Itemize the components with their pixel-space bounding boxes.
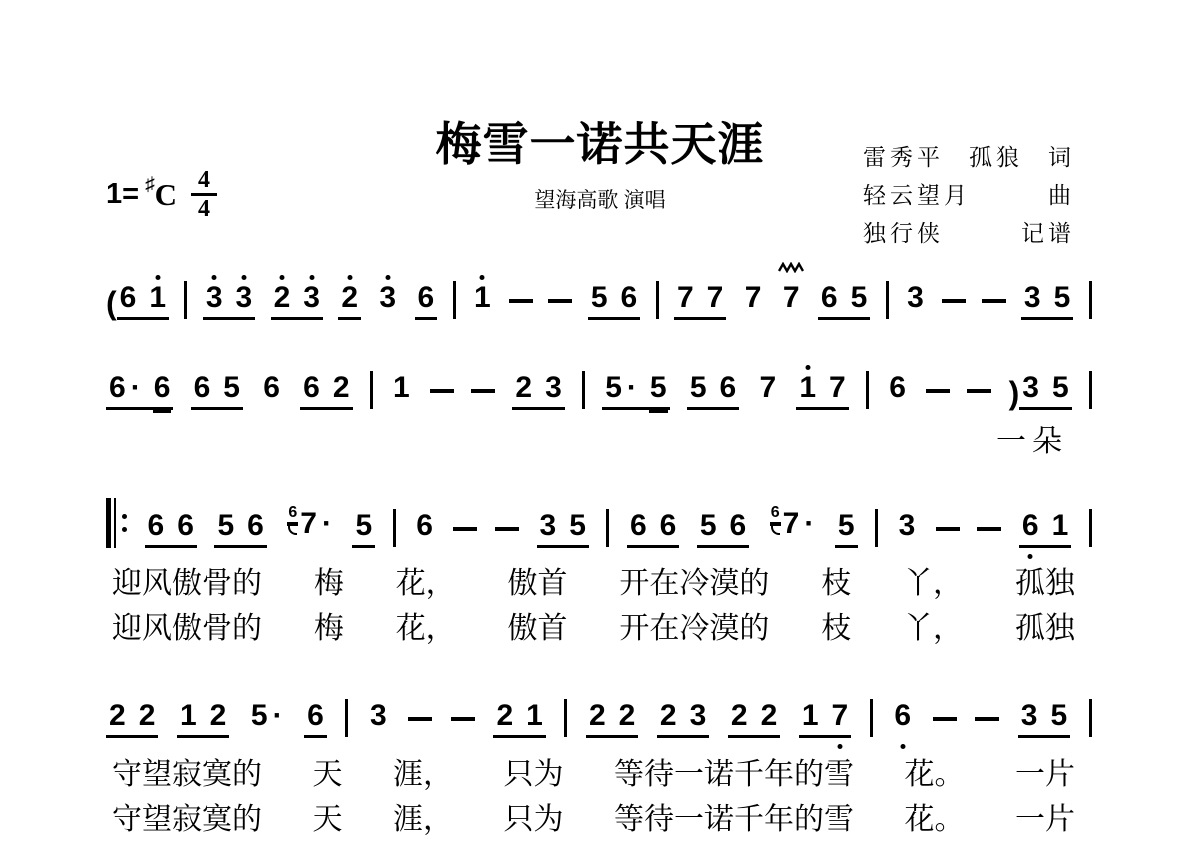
note: 2 <box>761 703 778 730</box>
note: 6 <box>821 285 838 312</box>
barline <box>1089 699 1092 737</box>
grace-note: 6 <box>287 506 298 524</box>
repeat-thick-bar <box>106 498 111 548</box>
note-number: 6 <box>720 375 737 401</box>
note: 7 <box>759 375 776 402</box>
lyric-segment: 涯， <box>393 794 453 838</box>
note: 5· <box>605 375 637 402</box>
note-group: 12 <box>177 703 229 738</box>
lyric-segment: 等待一诺千年的雪 <box>614 794 854 838</box>
note-number: 6 <box>307 703 324 729</box>
lyric-segment: 迎风傲骨的 <box>112 558 262 602</box>
note-number: 5 <box>569 513 586 539</box>
note-number-wrap: 2 <box>731 703 748 730</box>
lyric-row-verse1-b: 迎风傲骨的梅花，傲首开在冷漠的枝丫，孤独 <box>112 603 1075 647</box>
note-group: 3 <box>896 513 919 548</box>
note-group: 35 <box>1018 703 1070 738</box>
note-number: 3 <box>1022 375 1039 401</box>
octave-dot-high <box>212 275 217 280</box>
note-number-wrap: 7 <box>745 285 762 312</box>
note-number: 3 <box>545 375 562 401</box>
note-group: 56 <box>697 513 749 548</box>
note-group: 35 <box>537 513 589 548</box>
note-number-wrap: 6 <box>660 513 677 540</box>
credit-segment: 曲 <box>1048 177 1075 215</box>
note: 3 <box>1024 285 1041 312</box>
note: 3 <box>1022 375 1039 402</box>
note-group: 6·6 <box>106 375 173 410</box>
note: 5 <box>838 513 855 540</box>
note-number: 6 <box>660 513 677 539</box>
note-number-wrap: 6 <box>109 375 126 402</box>
credit-segment: 独行侠 <box>863 215 944 253</box>
note: 6 <box>889 375 906 402</box>
note-number: 2 <box>761 703 778 729</box>
barline <box>866 371 869 409</box>
note-number: 5 <box>591 285 608 311</box>
note-number-wrap: 6 <box>720 375 737 402</box>
note-number-wrap: 3 <box>370 703 387 730</box>
note-number: 3 <box>899 513 916 539</box>
note-number-wrap: 6 <box>177 513 194 540</box>
note-number-wrap: 5 <box>217 513 234 540</box>
note: 2 <box>619 703 636 730</box>
octave-dot-high <box>309 275 314 280</box>
note-number-wrap: 6 <box>894 703 911 730</box>
duration-dash <box>942 299 966 303</box>
note: 2 <box>341 285 358 312</box>
note-number: 1 <box>1052 513 1069 539</box>
note: 2 <box>210 703 227 730</box>
note: 67· <box>287 511 332 540</box>
note-group: 56 <box>687 375 739 410</box>
note-number: 6 <box>418 285 435 311</box>
sixteenth-underline <box>153 410 172 413</box>
key-prefix: 1= <box>106 178 139 211</box>
sharp-icon: ♯ <box>145 174 155 196</box>
note: 6 <box>177 513 194 540</box>
octave-dot-high <box>480 275 485 280</box>
credit-segment: 雷秀平 <box>863 139 944 177</box>
note-number: 7 <box>759 375 776 401</box>
note: 6 <box>263 375 280 402</box>
note-number: 6 <box>263 375 280 401</box>
note-group: 1 <box>471 285 494 320</box>
barline <box>564 699 567 737</box>
barline <box>606 509 609 547</box>
paren-note-cluster: )35 <box>1009 375 1072 410</box>
note-number-wrap: 6 <box>247 513 264 540</box>
octave-dot-high <box>279 275 284 280</box>
note: 6 <box>730 513 747 540</box>
sheet-music-page: 梅雪一诺共天涯 望海高歌 演唱 1= ♯ C 4 4 雷秀平孤狼词 轻云望月曲 … <box>0 0 1200 850</box>
note-group: 61 <box>1019 513 1071 548</box>
note-group: 56 <box>214 513 266 548</box>
note: 2 <box>589 703 606 730</box>
note-group: 5 <box>835 513 858 548</box>
barline <box>1089 281 1092 319</box>
lyric-segment: 只为 <box>504 749 564 793</box>
barline <box>1089 371 1092 409</box>
note: 6 <box>120 285 137 312</box>
note: 67· <box>770 511 815 540</box>
note: 3 <box>690 703 707 730</box>
note: 2 <box>496 703 513 730</box>
note-number-wrap: 3 <box>1022 375 1039 402</box>
note: 1 <box>799 375 816 402</box>
note-number: 3 <box>303 285 320 311</box>
lyric-segment: 只为 <box>504 794 564 838</box>
note-group: 5· <box>248 703 286 738</box>
note-number-wrap: 3 <box>379 285 396 312</box>
note-group: 23 <box>657 703 709 738</box>
lyric-segment: 涯， <box>393 749 453 793</box>
duration-dash <box>495 527 519 531</box>
lyric-segment: 孤独 <box>1015 603 1075 647</box>
note-number: 6 <box>889 375 906 401</box>
note-number-wrap: 5 <box>605 375 622 402</box>
note: 6 <box>194 375 211 402</box>
note: 7 <box>677 285 694 312</box>
note-number: 2 <box>333 375 350 401</box>
note-number: 7 <box>829 375 846 401</box>
note-number-wrap: 5 <box>690 375 707 402</box>
note: 6 <box>621 285 638 312</box>
key-signature: 1= ♯ C 4 4 <box>106 168 217 221</box>
note: 1 <box>149 285 166 312</box>
note-number-wrap: 6 <box>307 703 324 730</box>
note-group: 3 <box>904 285 927 320</box>
repeat-sign <box>106 498 127 548</box>
octave-dot-high <box>805 365 810 370</box>
note-number-wrap: 7 <box>300 511 317 538</box>
note-number-wrap: 6 <box>418 285 435 312</box>
note-number: 2 <box>274 285 291 311</box>
note: 1 <box>180 703 197 730</box>
note-number-wrap: 3 <box>899 513 916 540</box>
note-number-wrap: 2 <box>109 703 126 730</box>
note: 6 <box>1022 513 1039 540</box>
note-number: 6 <box>730 513 747 539</box>
note-number: 5 <box>223 375 240 401</box>
note: 6 <box>148 513 165 540</box>
note-group: 23 <box>271 285 323 320</box>
lyric-segment: 傲首 <box>508 558 568 602</box>
augmentation-dot: · <box>627 375 637 401</box>
note-group: 23 <box>512 375 564 410</box>
note: 3 <box>206 285 223 312</box>
note-group: 33 <box>203 285 255 320</box>
note-number-wrap: 3 <box>206 285 223 312</box>
barline <box>886 281 889 319</box>
credit-transcriber: 独行侠记谱 <box>863 215 1075 253</box>
note-number-wrap: 6 <box>630 513 647 540</box>
note-number: 6 <box>120 285 137 311</box>
note-number: 7 <box>707 285 724 311</box>
note-number: 6 <box>630 513 647 539</box>
note-number-wrap: 2 <box>341 285 358 312</box>
note: 6 <box>660 513 677 540</box>
lyric-segment: 孤独 <box>1015 558 1075 602</box>
note-number: 6 <box>109 375 126 401</box>
note-number: 3 <box>907 285 924 311</box>
note-number: 3 <box>1024 285 1041 311</box>
note: 2 <box>731 703 748 730</box>
note-number: 2 <box>109 703 126 729</box>
note-group: 6 <box>891 703 914 738</box>
note: 6 <box>154 375 171 402</box>
note-number: 5 <box>1054 285 1071 311</box>
note-number-wrap: 6 <box>263 375 280 402</box>
note-number: 6 <box>177 513 194 539</box>
note-number: 5 <box>217 513 234 539</box>
lyric-segment: 花， <box>396 558 456 602</box>
lyric-segment: 守望寂寞的 <box>112 794 262 838</box>
note-number: 6 <box>821 285 838 311</box>
note-number-wrap: 5 <box>851 285 868 312</box>
note-number-wrap: 7 <box>707 285 724 312</box>
note-number-wrap: 1 <box>149 285 166 312</box>
note-group: 5·5 <box>602 375 669 410</box>
paren-note-cluster: (61 <box>106 285 169 320</box>
note-group: 7 <box>780 285 803 320</box>
note: 6 <box>894 703 911 730</box>
note-number-wrap: 6 <box>730 513 747 540</box>
repeat-thin-bar <box>114 498 116 548</box>
note-group: 6 <box>304 703 327 738</box>
repeat-dots <box>122 498 127 548</box>
note-number: 7 <box>832 703 849 729</box>
credit-lyricist: 雷秀平孤狼词 <box>863 139 1075 177</box>
note-number: 1 <box>526 703 543 729</box>
note-number: 1 <box>393 375 410 401</box>
octave-dot-high <box>385 275 390 280</box>
note-number: 5 <box>1050 703 1067 729</box>
note: 2 <box>274 285 291 312</box>
note-group: 56 <box>588 285 640 320</box>
note-number-wrap: 5 <box>838 513 855 540</box>
lyric-segment: 花， <box>396 603 456 647</box>
note: 1 <box>802 703 819 730</box>
note-number: 5 <box>605 375 622 401</box>
note-number-wrap: 3 <box>545 375 562 402</box>
note-number: 6 <box>621 285 638 311</box>
duration-dash <box>453 527 477 531</box>
note-number-wrap: 3 <box>1024 285 1041 312</box>
credit-segment: 轻云望月 <box>863 177 971 215</box>
note-group: 6 <box>413 513 436 548</box>
note-number-wrap: 5 <box>1050 703 1067 730</box>
note-number-wrap: 6 <box>154 375 171 402</box>
lyric-row-verse1-a: 迎风傲骨的梅花，傲首开在冷漠的枝丫，孤独 <box>112 558 1075 602</box>
barline <box>393 509 396 547</box>
lyric-segment: 开在冷漠的 <box>619 558 769 602</box>
pickup-lyric: 一朵 <box>996 416 1068 460</box>
duration-dash <box>509 299 533 303</box>
note-number: 7 <box>300 511 317 537</box>
duration-dash <box>548 299 572 303</box>
note: 7 <box>832 703 849 730</box>
credit-segment: 记谱 <box>1021 215 1075 253</box>
lyric-segment: 梅 <box>314 603 344 647</box>
note-number-wrap: 7 <box>783 285 800 312</box>
note-number: 1 <box>802 703 819 729</box>
note-number: 5 <box>851 285 868 311</box>
note: 5 <box>1054 285 1071 312</box>
note-number-wrap: 6 <box>889 375 906 402</box>
note-number-wrap: 6 <box>621 285 638 312</box>
note: 6 <box>720 375 737 402</box>
lyric-segment: 枝 <box>821 558 851 602</box>
duration-dash <box>451 717 475 721</box>
note: 3 <box>236 285 253 312</box>
note: 1 <box>474 285 491 312</box>
note: 7 <box>745 285 762 312</box>
note: 5 <box>700 513 717 540</box>
note-group: 67· <box>767 511 818 548</box>
credit-segment: 孤狼 <box>969 139 1023 177</box>
credit-segment: 词 <box>1048 139 1075 177</box>
note: 3 <box>899 513 916 540</box>
note-number: 1 <box>149 285 166 311</box>
note-number: 5 <box>700 513 717 539</box>
lyric-segment: 一片 <box>1015 794 1075 838</box>
grace-note: 6 <box>770 506 781 524</box>
note: 5 <box>690 375 707 402</box>
note-group: 3 <box>376 285 399 320</box>
lyric-segment: 枝 <box>821 603 851 647</box>
note-number: 2 <box>210 703 227 729</box>
note-number-wrap: 6 <box>416 513 433 540</box>
note: 3 <box>379 285 396 312</box>
note-number-wrap: 7 <box>783 511 800 538</box>
note: 6· <box>109 375 141 402</box>
score-line-3: 665667·5635665667·5361 <box>106 478 1092 548</box>
note-number: 5 <box>251 703 268 729</box>
note-number-wrap: 2 <box>589 703 606 730</box>
note: 2 <box>109 703 126 730</box>
note-number: 5 <box>690 375 707 401</box>
note: 3 <box>907 285 924 312</box>
note-number: 6 <box>194 375 211 401</box>
key-tonic: C <box>155 177 177 213</box>
note-group: 66 <box>145 513 197 548</box>
note-number: 6 <box>1022 513 1039 539</box>
lyric-segment: 梅 <box>314 558 344 602</box>
note-group: 35 <box>1021 285 1073 320</box>
barline <box>345 699 348 737</box>
note-number: 5 <box>355 513 372 539</box>
duration-dash <box>926 389 950 393</box>
octave-dot-high <box>347 275 352 280</box>
note: 5 <box>591 285 608 312</box>
note: 5 <box>650 375 667 402</box>
duration-dash <box>471 389 495 393</box>
note-number-wrap: 3 <box>236 285 253 312</box>
note-number-wrap: 2 <box>619 703 636 730</box>
note-number-wrap: 5 <box>223 375 240 402</box>
note-group: 5 <box>352 513 375 548</box>
barline <box>656 281 659 319</box>
note-group: 6 <box>260 375 283 410</box>
note-number-wrap: 1 <box>1052 513 1069 540</box>
score-line-1: (613323236156777765335 <box>106 250 1092 320</box>
note-number-wrap: 6 <box>194 375 211 402</box>
note-group: 65 <box>818 285 870 320</box>
note: 5· <box>251 703 283 730</box>
credit-composer: 轻云望月曲 <box>863 177 1075 215</box>
note-number: 5 <box>838 513 855 539</box>
note-number: 3 <box>370 703 387 729</box>
note-number-wrap: 5 <box>251 703 268 730</box>
augmentation-dot: · <box>804 511 814 537</box>
lyric-segment: 丫， <box>903 558 963 602</box>
lyric-segment: 丫， <box>903 603 963 647</box>
note-number: 2 <box>496 703 513 729</box>
note: 6 <box>416 513 433 540</box>
repeat-dot <box>122 527 127 532</box>
lyric-segment: 花。 <box>905 794 965 838</box>
note-number-wrap: 5 <box>700 513 717 540</box>
lyric-segment: 天 <box>313 794 343 838</box>
note-number-wrap: 5 <box>1054 285 1071 312</box>
time-signature: 4 4 <box>191 168 217 221</box>
note-number-wrap: 7 <box>832 703 849 730</box>
lyric-row-verse2-a: 守望寂寞的天涯，只为等待一诺千年的雪花。一片 <box>112 749 1075 793</box>
note-number-wrap: 5 <box>591 285 608 312</box>
note: 5 <box>851 285 868 312</box>
note-group: 22 <box>728 703 780 738</box>
note-group: 66 <box>627 513 679 548</box>
note-group: 65 <box>191 375 243 410</box>
barline <box>1089 509 1092 547</box>
note: 3 <box>540 513 557 540</box>
augmentation-dot: · <box>131 375 141 401</box>
barline <box>875 509 878 547</box>
note-group: 6 <box>886 375 909 410</box>
augmentation-dot: · <box>273 703 283 729</box>
note-group: 17 <box>796 375 848 410</box>
octave-dot-high <box>155 275 160 280</box>
note: 1 <box>393 375 410 402</box>
note-number-wrap: 3 <box>907 285 924 312</box>
note-number: 2 <box>619 703 636 729</box>
augmentation-dot: · <box>322 511 332 537</box>
duration-dash <box>408 717 432 721</box>
parenthesis: ( <box>106 288 117 318</box>
note-number: 5 <box>1052 375 1069 401</box>
note: 5 <box>217 513 234 540</box>
note-group: 7 <box>756 375 779 410</box>
note: 3 <box>545 375 562 402</box>
lyric-row-verse2-b: 守望寂寞的天涯，只为等待一诺千年的雪花。一片 <box>112 794 1075 838</box>
parenthesis: ) <box>1009 378 1020 408</box>
note-number: 7 <box>783 285 800 311</box>
note-number-wrap: 5 <box>355 513 372 540</box>
note: 6 <box>630 513 647 540</box>
note-number: 5 <box>650 375 667 401</box>
note-number-wrap: 6 <box>148 513 165 540</box>
note-group: 22 <box>586 703 638 738</box>
sixteenth-underline <box>649 410 668 413</box>
note-group: 7 <box>742 285 765 320</box>
note-group: 21 <box>493 703 545 738</box>
note-group: 6 <box>415 285 438 320</box>
note-number-wrap: 5 <box>1052 375 1069 402</box>
note: 2 <box>515 375 532 402</box>
note-number-wrap: 5 <box>650 375 667 402</box>
score-line-4: 22125·632122232217635 <box>106 668 1092 738</box>
